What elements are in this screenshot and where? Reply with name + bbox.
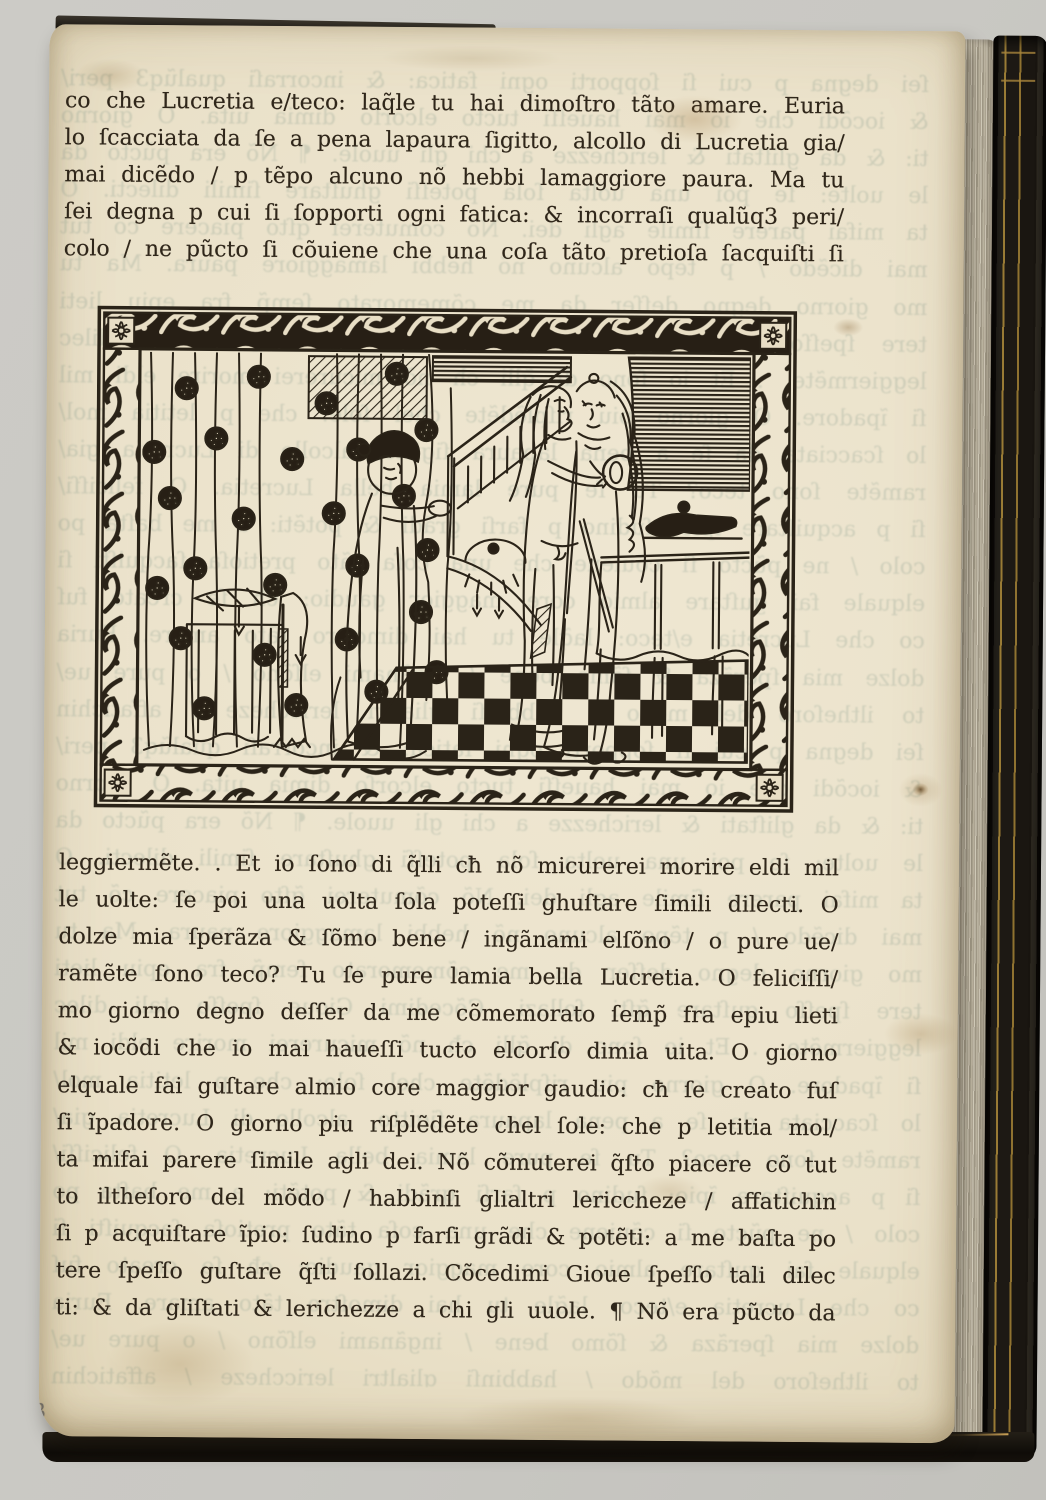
text-block-bottom: leggiermẽte. . Et io ſono di q̃lli cħ nõ…: [55, 844, 839, 1332]
stain: [458, 1395, 698, 1441]
text-line: tere ſpeſſo guſtare q̃ſti ſollazi. Cõced…: [56, 1252, 836, 1295]
stain: [105, 1321, 256, 1408]
woodcut-floor: [331, 657, 749, 762]
woodcut-bed: [186, 588, 311, 747]
text-line: ſi p acquiſtare ĩpio: ſudino p farſi grã…: [56, 1215, 836, 1258]
woodcut-illustration: [93, 304, 797, 813]
text-line: dolze mia ſperãza & ſõmo bene / ingãnami…: [58, 918, 838, 961]
open-book: ſei degna p cui ſi ſopporti ogni fatica:…: [38, 16, 1046, 1462]
text-line: ramẽte ſono teco? Tu ſe pure lamia bella…: [58, 955, 838, 998]
book-page: ſei degna p cui ſi ſopporti ogni fatica:…: [39, 24, 966, 1443]
gilt-turnin-line: [1001, 52, 1035, 54]
woodcut-slipper: [644, 501, 742, 538]
stain: [381, 45, 561, 72]
gilt-turnin-line: [1001, 80, 1035, 82]
text-line: lo ſcacciata da ſe a pena lapaura ſigitt…: [65, 119, 845, 162]
pencil-folio-number: 8: [39, 1399, 49, 1425]
woodcut-banister: [447, 366, 571, 631]
stain: [884, 1013, 958, 1056]
text-line: mo giorno degno deſſer da me cõmemorato …: [58, 993, 838, 1036]
text-line: leggiermẽte. . Et io ſono di q̃lli cħ nõ…: [59, 844, 839, 887]
text-block-top: co che Lucretia e/teco: laq̃le tu hai di…: [64, 82, 845, 274]
text-line: ſei degna p cui ſi ſopporti ogni fatica:…: [64, 194, 844, 237]
text-line: ti: & da gliſtati & lerichezze a chi gli…: [55, 1289, 835, 1332]
text-line: ta mifai parere ſimile agli dei. Nõ cõmu…: [57, 1141, 837, 1184]
text-line: co che Lucretia e/teco: laq̃le tu hai di…: [65, 82, 845, 125]
text-line: elquale fai guſtare almio core maggior g…: [57, 1067, 837, 1110]
stain: [913, 783, 929, 796]
text-line: to iltheſoro del mõdo / habbinſi glialtr…: [56, 1178, 836, 1221]
stain: [833, 318, 863, 336]
book-cover-right-board: [982, 36, 1046, 1460]
stain: [898, 773, 942, 807]
text-line: ſi ĩpadore. O giorno piu riſplẽdẽte chel…: [57, 1104, 837, 1147]
text-line: le uolte: ſe poi una uolta ſola poteſſi …: [59, 881, 839, 924]
photograph-background: { "text": { "top_lines": [ "co che Lucre…: [0, 0, 1046, 1500]
text-line: mai dicẽdo / p tẽpo alcuno nõ hebbi lama…: [64, 156, 844, 199]
woodcut-window-hatch: [308, 355, 751, 490]
text-line: & iocõdi che io mai haueſſi tucto elcorſ…: [57, 1030, 837, 1073]
text-line: colo / ne pũcto ſi cõuiene che una coſa …: [64, 231, 844, 274]
